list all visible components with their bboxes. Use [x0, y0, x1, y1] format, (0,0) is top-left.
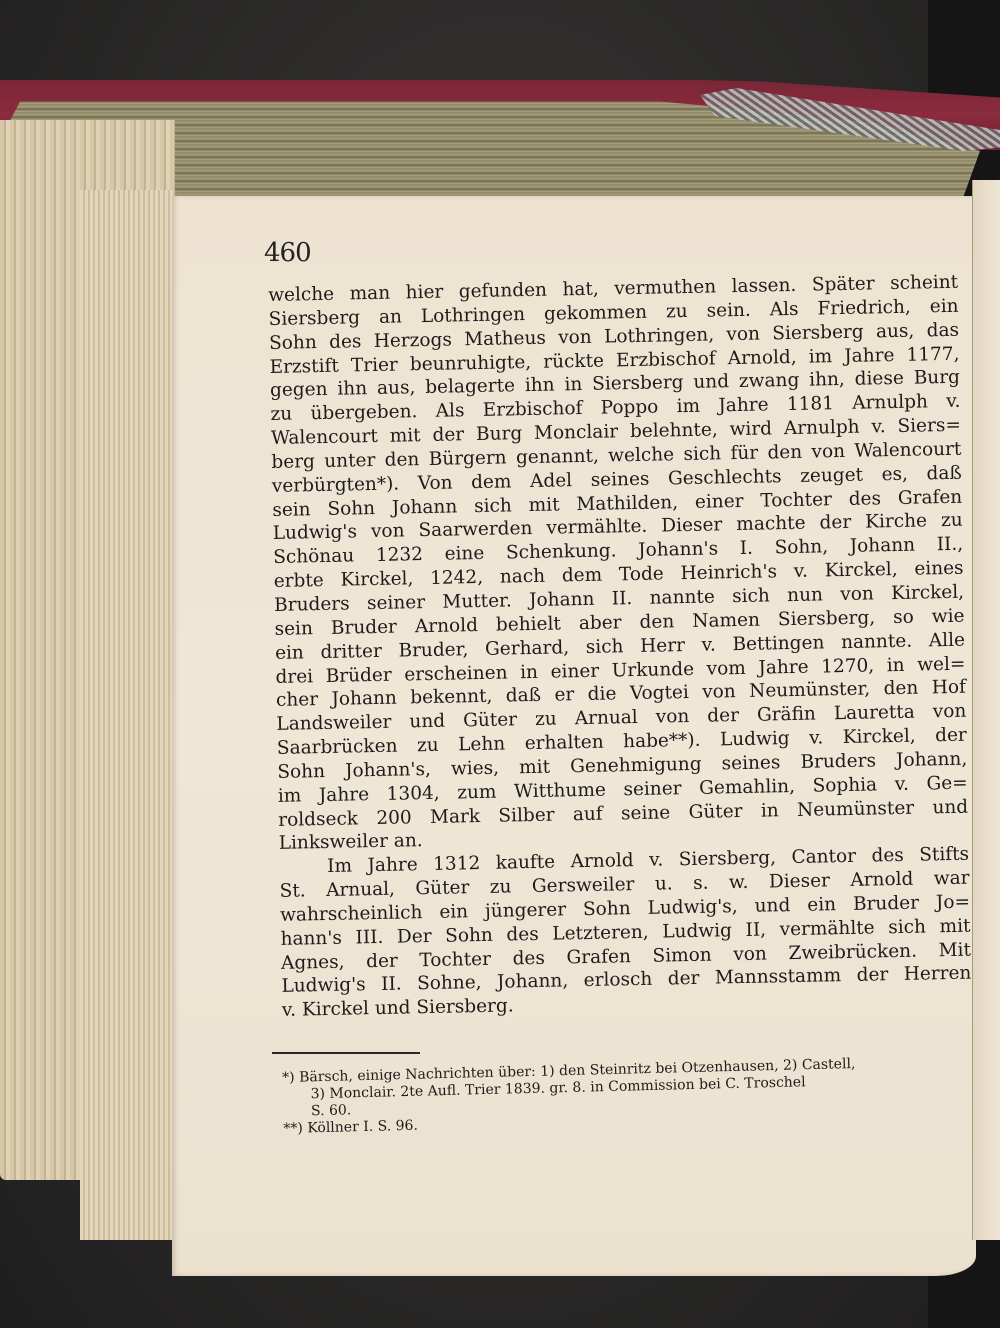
- page-number: 460: [264, 238, 311, 268]
- page-gutter: [972, 180, 1000, 1240]
- body-text: welche man hier gefunden hat, vermuthen …: [268, 271, 972, 1023]
- footnote-divider: [272, 1052, 420, 1054]
- page-stack-inner-edge: [80, 190, 175, 1240]
